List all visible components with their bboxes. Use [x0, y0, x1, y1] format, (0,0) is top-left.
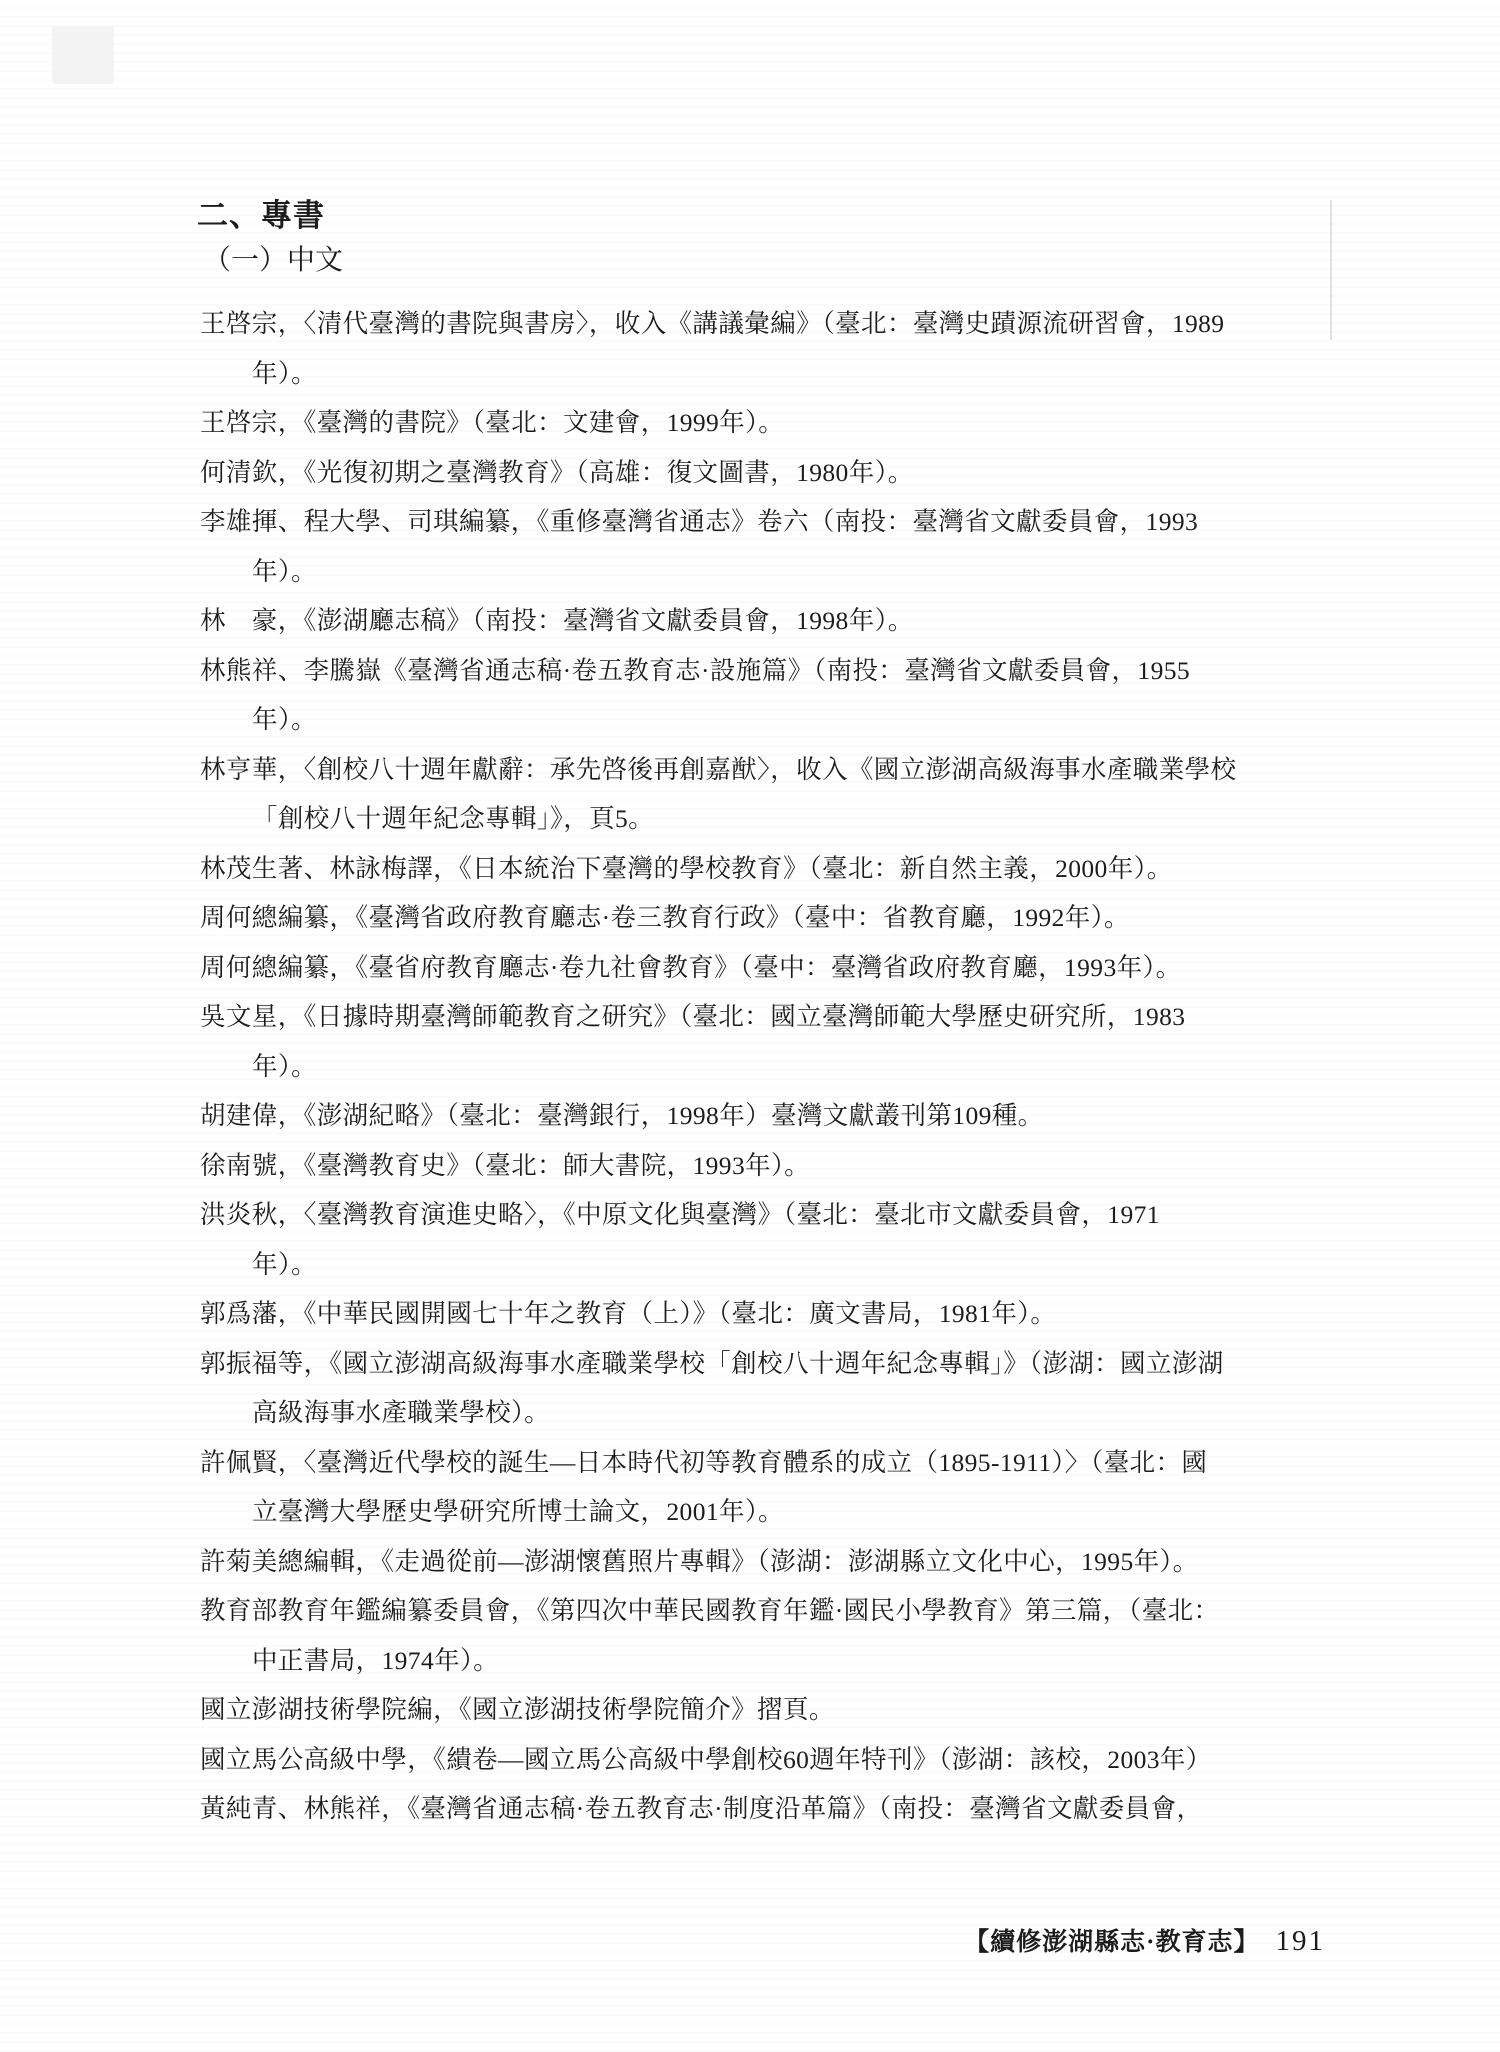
- bib-line: 洪炎秋，〈臺灣教育演進史略〉，《中原文化與臺灣》（臺北：臺北市文獻委員會，197…: [200, 1190, 1410, 1240]
- bibliography-entry: 國立馬公高級中學，《繢卷—國立馬公高級中學創校60週年特刊》（澎湖：該校，200…: [200, 1735, 1410, 1785]
- bib-line: 林 豪，《澎湖廳志稿》（南投：臺灣省文獻委員會，1998年）。: [200, 596, 1410, 646]
- footer-book-title: 【續修澎湖縣志·教育志】: [964, 1922, 1259, 1958]
- bibliography-entry: 林熊祥、李騰嶽《臺灣省通志稿·卷五教育志·設施篇》（南投：臺灣省文獻委員會，19…: [200, 646, 1410, 745]
- bib-line: 徐南號，《臺灣教育史》（臺北：師大書院，1993年）。: [200, 1141, 1410, 1191]
- bib-line-continuation: 年）。: [200, 1240, 1410, 1290]
- bib-line: 何清欽，《光復初期之臺灣教育》（高雄：復文圖書，1980年）。: [200, 448, 1410, 498]
- bib-line-continuation: 「創校八十週年紀念專輯」》，頁5。: [200, 794, 1410, 844]
- bib-line: 黃純青、林熊祥，《臺灣省通志稿·卷五教育志·制度沿革篇》（南投：臺灣省文獻委員會…: [200, 1784, 1410, 1834]
- bib-line: 郭爲藩，《中華民國開國七十年之教育（上）》（臺北：廣文書局，1981年）。: [200, 1289, 1410, 1339]
- bibliography-entry: 王啓宗，《臺灣的書院》（臺北：文建會，1999年）。: [200, 398, 1410, 448]
- bibliography-entry: 許菊美總編輯，《走過從前—澎湖懷舊照片專輯》（澎湖：澎湖縣立文化中心，1995年…: [200, 1537, 1410, 1587]
- bib-line: 林熊祥、李騰嶽《臺灣省通志稿·卷五教育志·設施篇》（南投：臺灣省文獻委員會，19…: [200, 646, 1410, 696]
- bibliography-list: 王啓宗，〈清代臺灣的書院與書房〉，收入《講議彙編》（臺北：臺灣史蹟源流研習會，1…: [200, 299, 1410, 1834]
- bibliography-entry: 林亨華，〈創校八十週年獻辭：承先啓後再創嘉猷〉，收入《國立澎湖高級海事水產職業學…: [200, 745, 1410, 844]
- bibliography-entry: 胡建偉，《澎湖紀略》（臺北：臺灣銀行，1998年）臺灣文獻叢刊第109種。: [200, 1091, 1410, 1141]
- scanned-page: 二、專書 （一）中文 王啓宗，〈清代臺灣的書院與書房〉，收入《講議彙編》（臺北：…: [0, 0, 1500, 2052]
- bib-line: 王啓宗，《臺灣的書院》（臺北：文建會，1999年）。: [200, 398, 1410, 448]
- bib-line: 周何總編纂，《臺省府教育廳志·卷九社會教育》（臺中：臺灣省政府教育廳，1993年…: [200, 943, 1410, 993]
- bib-line: 周何總編纂，《臺灣省政府教育廳志·卷三教育行政》（臺中：省教育廳，1992年）。: [200, 893, 1410, 943]
- bib-line: 李雄揮、程大學、司琪編纂，《重修臺灣省通志》卷六（南投：臺灣省文獻委員會，199…: [200, 497, 1410, 547]
- bib-line: 國立馬公高級中學，《繢卷—國立馬公高級中學創校60週年特刊》（澎湖：該校，200…: [200, 1735, 1410, 1785]
- bib-line: 許佩賢，〈臺灣近代學校的誕生—日本時代初等教育體系的成立（1895-1911）〉…: [200, 1438, 1410, 1488]
- bibliography-entry: 洪炎秋，〈臺灣教育演進史略〉，《中原文化與臺灣》（臺北：臺北市文獻委員會，197…: [200, 1190, 1410, 1289]
- bibliography-entry: 郭振福等，《國立澎湖高級海事水產職業學校「創校八十週年紀念專輯」》（澎湖：國立澎…: [200, 1339, 1410, 1438]
- bibliography-entry: 周何總編纂，《臺省府教育廳志·卷九社會教育》（臺中：臺灣省政府教育廳，1993年…: [200, 943, 1410, 993]
- bib-line: 吳文星，《日據時期臺灣師範教育之研究》（臺北：國立臺灣師範大學歷史研究所，198…: [200, 992, 1410, 1042]
- bib-line-continuation: 年）。: [200, 695, 1410, 745]
- bib-line-continuation: 年）。: [200, 1042, 1410, 1092]
- bibliography-entry: 郭爲藩，《中華民國開國七十年之教育（上）》（臺北：廣文書局，1981年）。: [200, 1289, 1410, 1339]
- bibliography-entry: 徐南號，《臺灣教育史》（臺北：師大書院，1993年）。: [200, 1141, 1410, 1191]
- bibliography-entry: 吳文星，《日據時期臺灣師範教育之研究》（臺北：國立臺灣師範大學歷史研究所，198…: [200, 992, 1410, 1091]
- bib-line: 國立澎湖技術學院編，《國立澎湖技術學院簡介》摺頁。: [200, 1685, 1410, 1735]
- bib-line-continuation: 年）。: [200, 547, 1410, 597]
- bibliography-entry: 黃純青、林熊祥，《臺灣省通志稿·卷五教育志·制度沿革篇》（南投：臺灣省文獻委員會…: [200, 1784, 1410, 1834]
- section-heading: 二、專書: [197, 190, 325, 235]
- bib-line: 林亨華，〈創校八十週年獻辭：承先啓後再創嘉猷〉，收入《國立澎湖高級海事水產職業學…: [200, 745, 1410, 795]
- bibliography-entry: 王啓宗，〈清代臺灣的書院與書房〉，收入《講議彙編》（臺北：臺灣史蹟源流研習會，1…: [200, 299, 1410, 398]
- bib-line: 胡建偉，《澎湖紀略》（臺北：臺灣銀行，1998年）臺灣文獻叢刊第109種。: [200, 1091, 1410, 1141]
- page-footer: 【續修澎湖縣志·教育志】 191: [964, 1922, 1325, 1958]
- bib-line-continuation: 年）。: [200, 349, 1410, 399]
- subsection-heading: （一）中文: [203, 238, 343, 278]
- bib-line: 教育部教育年鑑編纂委員會，《第四次中華民國教育年鑑·國民小學教育》第三篇，（臺北…: [200, 1586, 1410, 1636]
- bibliography-entry: 教育部教育年鑑編纂委員會，《第四次中華民國教育年鑑·國民小學教育》第三篇，（臺北…: [200, 1586, 1410, 1685]
- footer-page-number: 191: [1276, 1925, 1326, 1958]
- bib-line: 林茂生著、林詠梅譯，《日本統治下臺灣的學校教育》（臺北：新自然主義，2000年）…: [200, 844, 1410, 894]
- bibliography-entry: 周何總編纂，《臺灣省政府教育廳志·卷三教育行政》（臺中：省教育廳，1992年）。: [200, 893, 1410, 943]
- bib-line-continuation: 中正書局，1974年）。: [200, 1636, 1410, 1686]
- scan-artifact-corner: [52, 26, 114, 84]
- bibliography-entry: 許佩賢，〈臺灣近代學校的誕生—日本時代初等教育體系的成立（1895-1911）〉…: [200, 1438, 1410, 1537]
- bibliography-entry: 何清欽，《光復初期之臺灣教育》（高雄：復文圖書，1980年）。: [200, 448, 1410, 498]
- bibliography-entry: 李雄揮、程大學、司琪編纂，《重修臺灣省通志》卷六（南投：臺灣省文獻委員會，199…: [200, 497, 1410, 596]
- bibliography-entry: 林 豪，《澎湖廳志稿》（南投：臺灣省文獻委員會，1998年）。: [200, 596, 1410, 646]
- bibliography-entry: 國立澎湖技術學院編，《國立澎湖技術學院簡介》摺頁。: [200, 1685, 1410, 1735]
- bibliography-entry: 林茂生著、林詠梅譯，《日本統治下臺灣的學校教育》（臺北：新自然主義，2000年）…: [200, 844, 1410, 894]
- bib-line-continuation: 高級海事水產職業學校）。: [200, 1388, 1410, 1438]
- bib-line: 郭振福等，《國立澎湖高級海事水產職業學校「創校八十週年紀念專輯」》（澎湖：國立澎…: [200, 1339, 1410, 1389]
- bib-line-continuation: 立臺灣大學歷史學研究所博士論文，2001年）。: [200, 1487, 1410, 1537]
- bib-line: 王啓宗，〈清代臺灣的書院與書房〉，收入《講議彙編》（臺北：臺灣史蹟源流研習會，1…: [200, 299, 1410, 349]
- bib-line: 許菊美總編輯，《走過從前—澎湖懷舊照片專輯》（澎湖：澎湖縣立文化中心，1995年…: [200, 1537, 1410, 1587]
